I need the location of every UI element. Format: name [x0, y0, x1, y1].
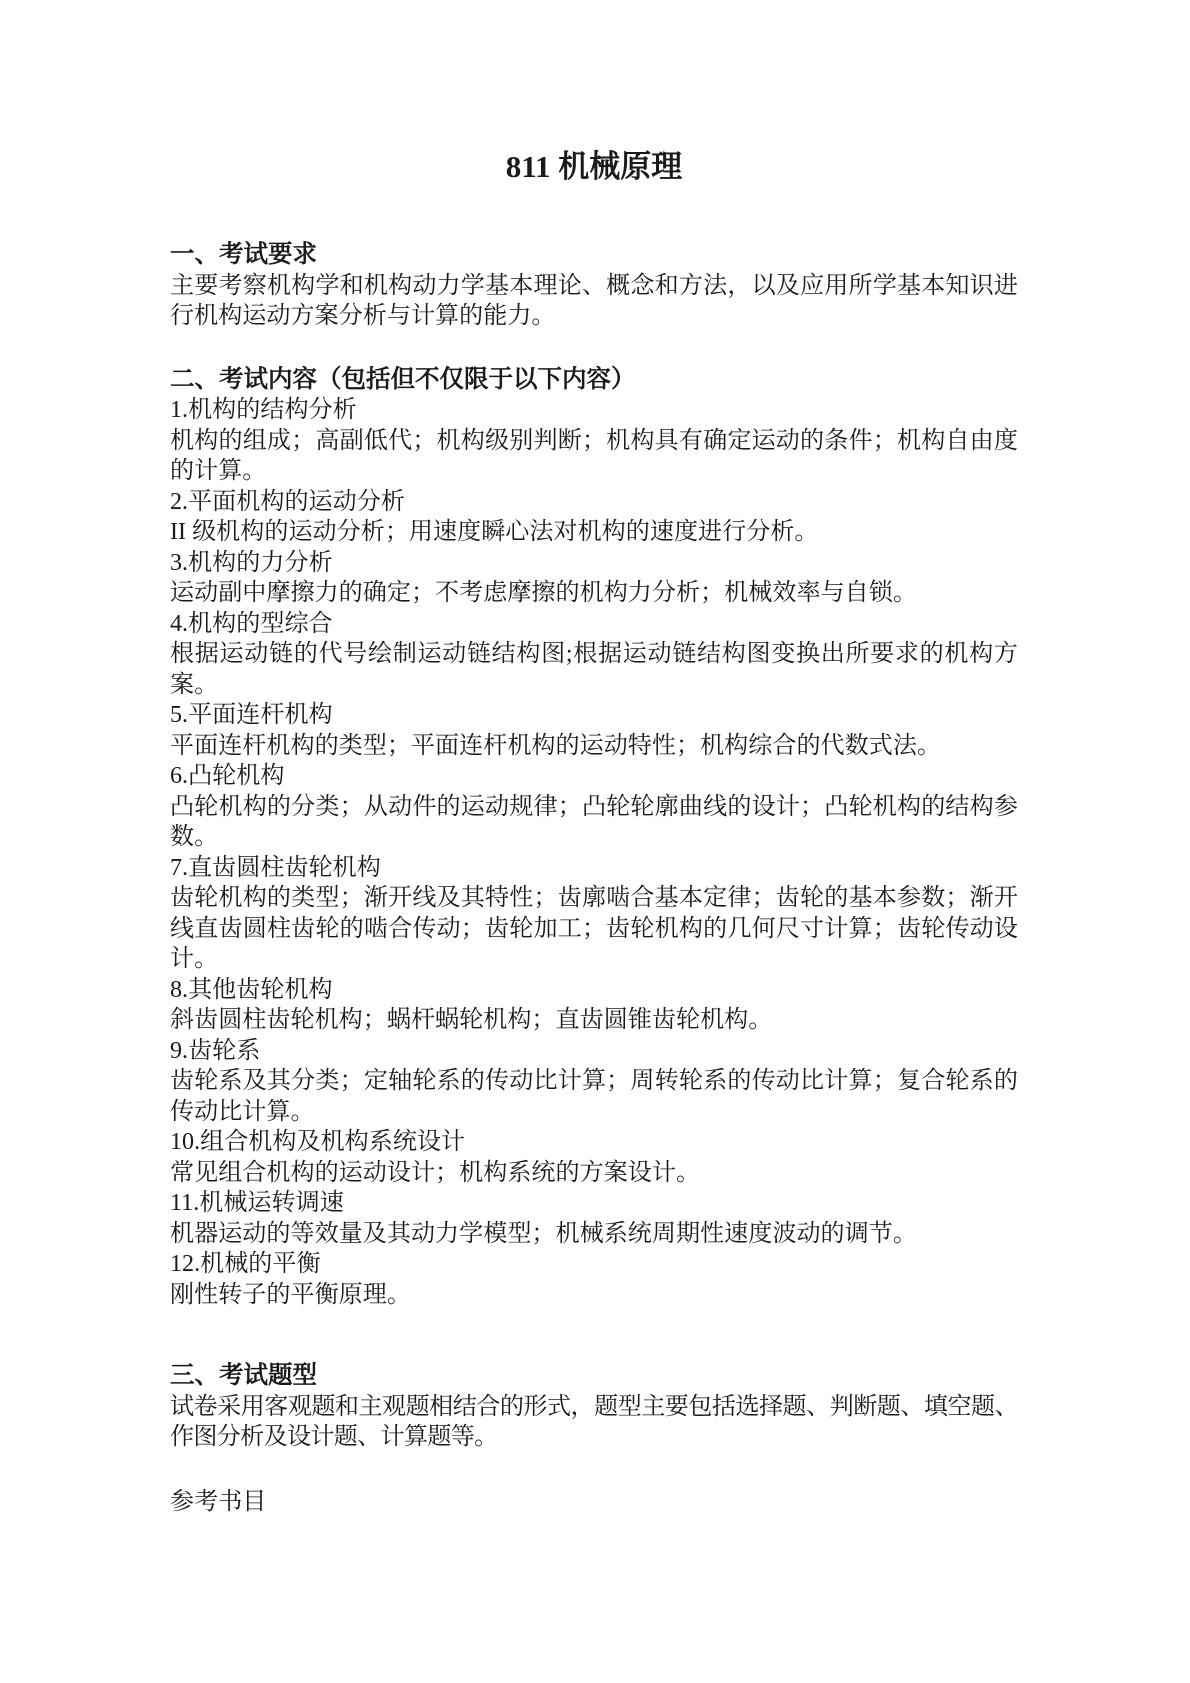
topic-title: 12.机械的平衡	[170, 1249, 1018, 1280]
topic-title: 9.齿轮系	[170, 1036, 1018, 1067]
document-title: 811 机械原理	[170, 150, 1018, 184]
topic-title: 3.机构的力分析	[170, 548, 1018, 579]
question-types-text: 试卷采用客观题和主观题相结合的形式，题型主要包括选择题、判断题、填空题、作图分析…	[170, 1392, 1018, 1453]
topic-title: 10.组合机构及机构系统设计	[170, 1127, 1018, 1158]
topic-description: 机器运动的等效量及其动力学模型；机械系统周期性速度波动的调节。	[170, 1219, 1018, 1250]
exam-requirements-text: 主要考察机构学和机构动力学基本理论、概念和方法，以及应用所学基本知识进行机构运动…	[170, 271, 1018, 332]
topic-description: 刚性转子的平衡原理。	[170, 1280, 1018, 1311]
topic-title: 6.凸轮机构	[170, 761, 1018, 792]
topic-description: 常见组合机构的运动设计；机构系统的方案设计。	[170, 1158, 1018, 1189]
syllabus-topic: 2.平面机构的运动分析 II 级机构的运动分析；用速度瞬心法对机构的速度进行分析…	[170, 487, 1018, 548]
topic-title: 11.机械运转调速	[170, 1188, 1018, 1219]
topic-description: 运动副中摩擦力的确定；不考虑摩擦的机构力分析；机械效率与自锁。	[170, 578, 1018, 609]
syllabus-topic: 1.机构的结构分析 机构的组成；高副低代；机构级别判断；机构具有确定运动的条件；…	[170, 395, 1018, 487]
reference-books-label: 参考书目	[170, 1487, 1018, 1518]
syllabus-topic: 8.其他齿轮机构 斜齿圆柱齿轮机构；蜗杆蜗轮机构；直齿圆锥齿轮机构。	[170, 975, 1018, 1036]
section-heading-exam-content: 二、考试内容（包括但不仅限于以下内容）	[170, 365, 1018, 396]
topic-description: 齿轮机构的类型；渐开线及其特性；齿廓啮合基本定律；齿轮的基本参数；渐开线直齿圆柱…	[170, 883, 1018, 975]
syllabus-topic: 4.机构的型综合 根据运动链的代号绘制运动链结构图;根据运动链结构图变换出所要求…	[170, 609, 1018, 701]
syllabus-topic: 3.机构的力分析 运动副中摩擦力的确定；不考虑摩擦的机构力分析；机械效率与自锁。	[170, 548, 1018, 609]
syllabus-topic: 11.机械运转调速 机器运动的等效量及其动力学模型；机械系统周期性速度波动的调节…	[170, 1188, 1018, 1249]
section-question-types: 三、考试题型 试卷采用客观题和主观题相结合的形式，题型主要包括选择题、判断题、填…	[170, 1361, 1018, 1453]
syllabus-topic: 9.齿轮系 齿轮系及其分类；定轴轮系的传动比计算；周转轮系的传动比计算；复合轮系…	[170, 1036, 1018, 1128]
section-exam-content: 二、考试内容（包括但不仅限于以下内容） 1.机构的结构分析 机构的组成；高副低代…	[170, 365, 1018, 1311]
topic-description: II 级机构的运动分析；用速度瞬心法对机构的速度进行分析。	[170, 517, 1018, 548]
document-page: 811 机械原理 一、考试要求 主要考察机构学和机构动力学基本理论、概念和方法，…	[0, 0, 1190, 1683]
topic-description: 平面连杆机构的类型；平面连杆机构的运动特性；机构综合的代数式法。	[170, 731, 1018, 762]
topic-description: 斜齿圆柱齿轮机构；蜗杆蜗轮机构；直齿圆锥齿轮机构。	[170, 1005, 1018, 1036]
topic-description: 凸轮机构的分类；从动件的运动规律；凸轮轮廓曲线的设计；凸轮机构的结构参数。	[170, 792, 1018, 853]
topic-title: 4.机构的型综合	[170, 609, 1018, 640]
syllabus-topic: 6.凸轮机构 凸轮机构的分类；从动件的运动规律；凸轮轮廓曲线的设计；凸轮机构的结…	[170, 761, 1018, 853]
section-heading-exam-requirements: 一、考试要求	[170, 240, 1018, 271]
topic-title: 2.平面机构的运动分析	[170, 487, 1018, 518]
section-exam-requirements: 一、考试要求 主要考察机构学和机构动力学基本理论、概念和方法，以及应用所学基本知…	[170, 240, 1018, 332]
section-heading-question-types: 三、考试题型	[170, 1361, 1018, 1392]
topic-title: 5.平面连杆机构	[170, 700, 1018, 731]
topic-description: 齿轮系及其分类；定轴轮系的传动比计算；周转轮系的传动比计算；复合轮系的传动比计算…	[170, 1066, 1018, 1127]
topic-title: 7.直齿圆柱齿轮机构	[170, 853, 1018, 884]
topic-description: 根据运动链的代号绘制运动链结构图;根据运动链结构图变换出所要求的机构方案。	[170, 639, 1018, 700]
syllabus-topic: 10.组合机构及机构系统设计 常见组合机构的运动设计；机构系统的方案设计。	[170, 1127, 1018, 1188]
topic-description: 机构的组成；高副低代；机构级别判断；机构具有确定运动的条件；机构自由度的计算。	[170, 426, 1018, 487]
syllabus-topic: 7.直齿圆柱齿轮机构 齿轮机构的类型；渐开线及其特性；齿廓啮合基本定律；齿轮的基…	[170, 853, 1018, 975]
topic-title: 1.机构的结构分析	[170, 395, 1018, 426]
syllabus-topic: 5.平面连杆机构 平面连杆机构的类型；平面连杆机构的运动特性；机构综合的代数式法…	[170, 700, 1018, 761]
topic-title: 8.其他齿轮机构	[170, 975, 1018, 1006]
syllabus-topic: 12.机械的平衡 刚性转子的平衡原理。	[170, 1249, 1018, 1310]
